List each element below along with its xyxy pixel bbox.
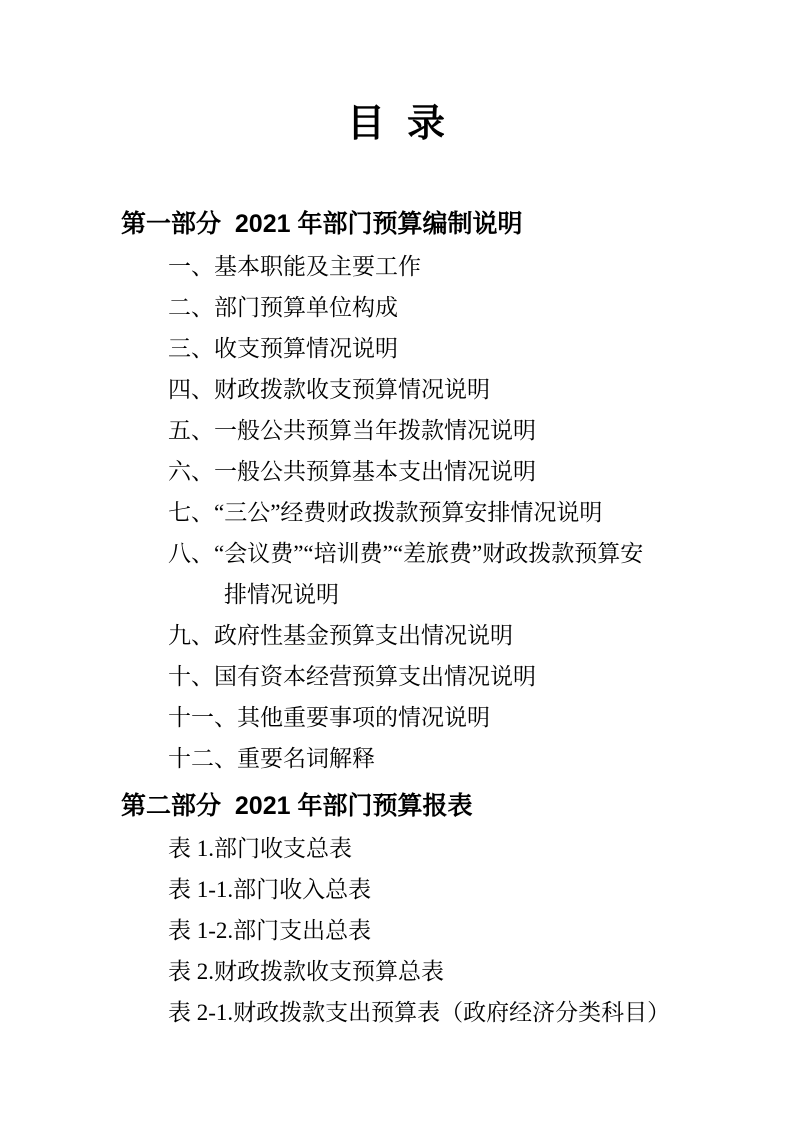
document-page: 目 录 第一部分 2021 年部门预算编制说明 一、基本职能及主要工作 二、部门… — [0, 0, 793, 1122]
toc-item: 三、收支预算情况说明 — [168, 328, 764, 369]
toc-item: 十、国有资本经营预算支出情况说明 — [168, 656, 764, 697]
toc-item: 表 2-1.财政拨款支出预算表（政府经济分类科目） — [168, 992, 764, 1033]
toc-item: 四、财政拨款收支预算情况说明 — [168, 369, 764, 410]
toc-item: 一、基本职能及主要工作 — [168, 246, 764, 287]
toc-item: 七、“三公”经费财政拨款预算安排情况说明 — [168, 492, 764, 533]
toc-item: 八、“会议费”“培训费”“差旅费”财政拨款预算安 排情况说明 — [168, 533, 764, 615]
toc-item: 十一、其他重要事项的情况说明 — [168, 697, 764, 738]
toc-item: 二、部门预算单位构成 — [168, 287, 764, 328]
toc-item: 六、一般公共预算基本支出情况说明 — [168, 451, 764, 492]
part2-toc-list: 表 1.部门收支总表 表 1-1.部门收入总表 表 1-2.部门支出总表 表 2… — [0, 828, 793, 1033]
part1-toc-list: 一、基本职能及主要工作 二、部门预算单位构成 三、收支预算情况说明 四、财政拨款… — [0, 246, 793, 779]
toc-item: 五、一般公共预算当年拨款情况说明 — [168, 410, 764, 451]
part2-header: 第二部分 2021 年部门预算报表 — [121, 784, 793, 828]
page-title: 目 录 — [0, 0, 793, 157]
toc-item: 表 1.部门收支总表 — [168, 828, 764, 869]
toc-item: 九、政府性基金预算支出情况说明 — [168, 615, 764, 656]
toc-item: 表 1-1.部门收入总表 — [168, 869, 764, 910]
toc-item: 表 1-2.部门支出总表 — [168, 910, 764, 951]
part1-section: 第一部分 2021 年部门预算编制说明 一、基本职能及主要工作 二、部门预算单位… — [0, 202, 793, 779]
toc-item: 表 2.财政拨款收支预算总表 — [168, 951, 764, 992]
toc-item: 十二、重要名词解释 — [168, 738, 764, 779]
part1-header: 第一部分 2021 年部门预算编制说明 — [121, 202, 793, 246]
part2-section: 第二部分 2021 年部门预算报表 表 1.部门收支总表 表 1-1.部门收入总… — [0, 784, 793, 1033]
